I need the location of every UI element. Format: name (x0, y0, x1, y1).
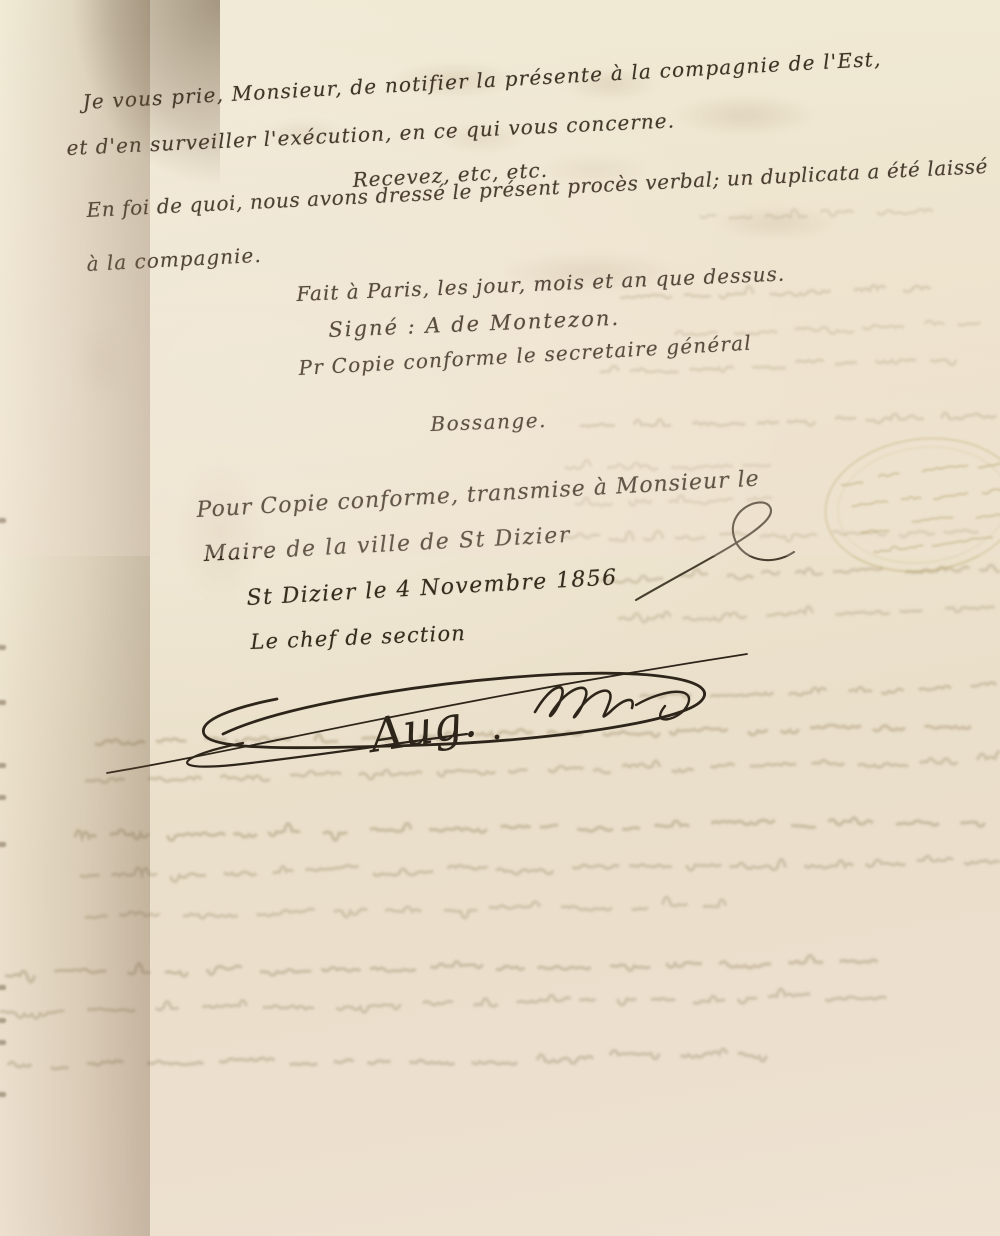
signature-flourish: Aug. (105, 642, 755, 777)
manuscript-line: St Dizier le 4 Novembre 1856 (246, 565, 618, 611)
manuscript-page: Je vous prie, Monsieur, de notifier la p… (0, 0, 1000, 1236)
manuscript-line: Je vous prie, Monsieur, de notifier la p… (82, 47, 882, 114)
manuscript-line: à la compagnie. (86, 243, 262, 276)
signature-text: Aug. (362, 693, 480, 764)
manuscript-line: Maire de la ville de St Dizier (203, 523, 572, 567)
handwriting-layer: Je vous prie, Monsieur, de notifier la p… (0, 0, 1000, 1236)
manuscript-line: Signé : A de Montezon. (328, 306, 621, 342)
manuscript-line: et d'en surveiller l'exécution, en ce qu… (66, 108, 675, 160)
pen-flourish-curl (628, 492, 808, 607)
manuscript-line: Fait à Paris, les jour, mois et an que d… (296, 262, 786, 306)
manuscript-line: Bossange. (430, 408, 547, 436)
